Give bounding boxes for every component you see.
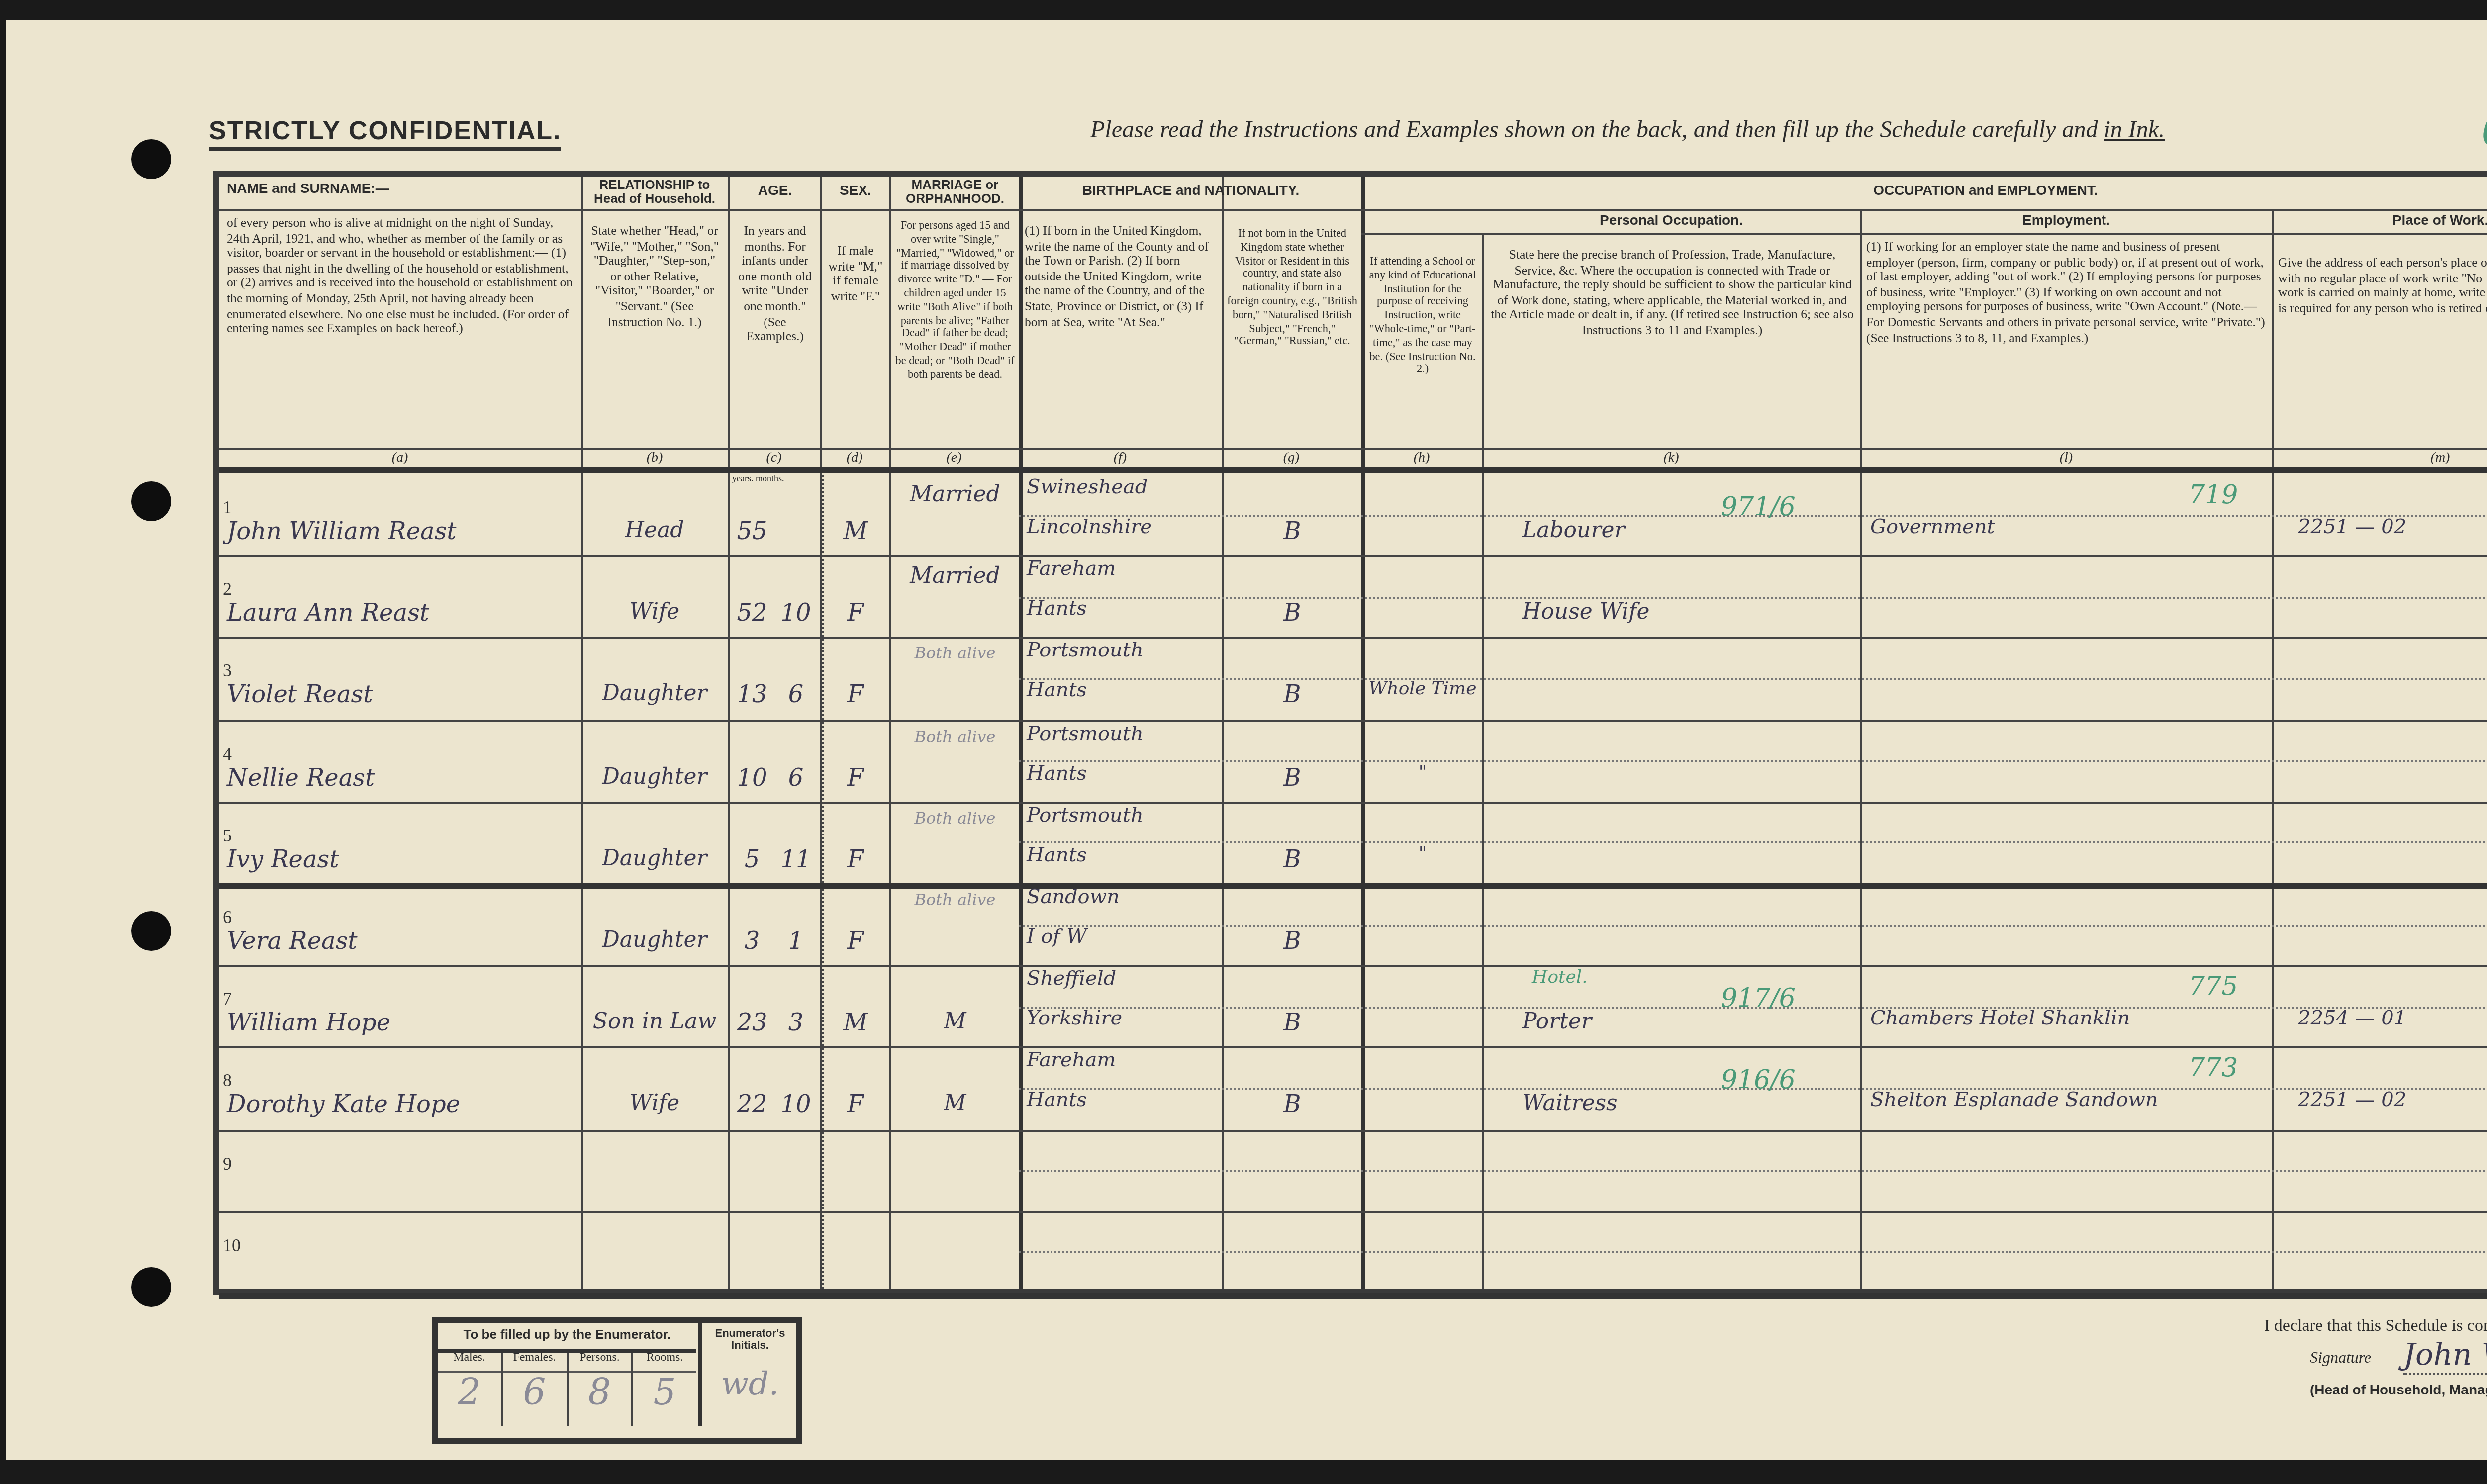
birthplace-line1[interactable]: Portsmouth [1027, 642, 1144, 663]
punch-hole [131, 481, 171, 521]
relationship-field[interactable]: Wife [583, 599, 726, 625]
col-k-letter: (k) [1482, 450, 1860, 465]
nationality-field[interactable]: B [1224, 517, 1361, 545]
table-row: 3Violet ReastDaughter136FBoth alivePorts… [219, 638, 2487, 720]
census-schedule: STRICTLY CONFIDENTIAL. Please read the I… [6, 20, 2487, 1460]
marriage-field[interactable]: Married [891, 481, 1019, 507]
sex-field[interactable]: F [822, 845, 889, 873]
col-f-instructions: (1) If born in the United Kingdom, write… [1025, 225, 1218, 331]
employment-field[interactable]: Shelton Esplanade Sandown [1870, 1091, 2158, 1113]
females-label: Females. [503, 1353, 566, 1373]
instruction-text: Please read the Instructions and Example… [1090, 115, 2104, 143]
relationship-field[interactable]: Daughter [583, 845, 726, 871]
household-table: NAME and SURNAME:— RELATIONSHIP to Head … [213, 171, 2487, 1295]
col-e-title: MARRIAGE or ORPHANHOOD. [891, 179, 1019, 207]
birthplace-line1[interactable]: Portsmouth [1027, 723, 1144, 745]
males-cell: Males.2 [438, 1353, 503, 1426]
col-occ-title: OCCUPATION and EMPLOYMENT. [1363, 185, 2487, 200]
birthplace-line2[interactable]: Hants [1027, 681, 1087, 703]
signature-value: John William Reast [2403, 1337, 2487, 1373]
enumerator-counts: Males.2 Females.6 Persons.8 Rooms.5 [438, 1353, 696, 1426]
punch-hole [131, 1267, 171, 1307]
birthplace-line1[interactable]: Sheffield [1027, 969, 1116, 991]
sex-field[interactable]: F [822, 763, 889, 791]
females-value[interactable]: 6 [503, 1373, 566, 1414]
rooms-cell: Rooms.5 [633, 1353, 696, 1426]
enumerator-totals-box: To be filled up by the Enumerator. Enume… [432, 1317, 802, 1444]
instruction-line: Please read the Instructions and Example… [1090, 115, 2165, 145]
name-field[interactable]: Vera Reast [227, 927, 358, 955]
col-d-title: SEX. [822, 185, 889, 200]
occupation-note[interactable]: Hotel. [1532, 969, 1588, 989]
name-field[interactable]: Nellie Reast [227, 763, 375, 791]
initials-title: Enumerator's Initials. [702, 1329, 798, 1353]
sex-field[interactable]: M [822, 517, 889, 545]
name-field[interactable]: Violet Reast [227, 681, 373, 709]
sex-field[interactable]: F [822, 1091, 889, 1119]
age-years-field[interactable]: 55 [730, 517, 774, 545]
employment-field[interactable]: Chambers Hotel Shanklin [1870, 1009, 2130, 1031]
age-months-field[interactable]: 10 [774, 1091, 818, 1119]
relationship-field[interactable]: Daughter [583, 763, 726, 789]
col-c-title: AGE. [730, 185, 820, 200]
row-number: 9 [223, 1153, 232, 1173]
birthplace-line2[interactable]: Hants [1027, 1091, 1087, 1113]
row-number: 4 [223, 743, 232, 763]
header-rule [219, 209, 2487, 211]
school-field[interactable]: Whole Time [1363, 681, 1482, 701]
marriage-field[interactable]: Married [891, 563, 1019, 589]
initials-value[interactable]: wd. [702, 1365, 798, 1402]
relationship-field[interactable]: Daughter [583, 681, 726, 707]
age-months-field[interactable]: 1 [774, 927, 818, 955]
col-b-instructions: State whether "Head," or "Wife," "Mother… [587, 225, 722, 331]
col-l-letter: (l) [1860, 450, 2272, 465]
name-field[interactable]: Laura Ann Reast [227, 599, 429, 627]
signature-label: Signature [2310, 1349, 2371, 1367]
birthplace-line1[interactable]: Sandown [1027, 887, 1120, 909]
nationality-field[interactable]: B [1224, 599, 1361, 627]
row-number: 2 [223, 579, 232, 599]
table-row: 1John William ReastHead55MMarriedSwinesh… [219, 473, 2487, 556]
occupation-field[interactable]: Porter [1522, 1009, 1592, 1035]
employment-code[interactable]: 773 [2189, 1055, 2238, 1085]
age-months-field[interactable]: 11 [774, 845, 818, 873]
table-row: 5Ivy ReastDaughter511FBoth alivePortsmou… [219, 801, 2487, 883]
col-e-instructions: For persons aged 15 and over write "Sing… [893, 221, 1017, 383]
col-m-title: Place of Work. [2274, 215, 2487, 230]
col-a-letter: (a) [219, 450, 581, 465]
col-h-letter: (h) [1361, 450, 1482, 465]
birthplace-line2[interactable]: Hants [1027, 845, 1087, 867]
col-d-letter: (d) [820, 450, 889, 465]
nationality-field[interactable]: B [1224, 1009, 1361, 1037]
name-field[interactable]: John William Reast [227, 517, 457, 545]
col-c-letter: (c) [728, 450, 820, 465]
rooms-value[interactable]: 5 [633, 1373, 696, 1414]
age-years-field[interactable]: 3 [730, 927, 774, 955]
row-number: 6 [223, 907, 232, 927]
birthplace-line1[interactable]: Fareham [1027, 1051, 1116, 1073]
col-a-instructions: of every person who is alive at midnight… [227, 217, 575, 338]
school-field[interactable]: " [1363, 845, 1482, 865]
row-rule [219, 1293, 2487, 1299]
col-m-instructions: Give the address of each person's place … [2278, 257, 2487, 317]
school-field[interactable]: " [1363, 763, 1482, 783]
persons-value[interactable]: 8 [568, 1373, 631, 1414]
nationality-field[interactable]: B [1224, 681, 1361, 709]
col-k-title: Personal Occupation. [1484, 215, 1858, 230]
col-f-letter: (f) [1019, 450, 1222, 465]
col-g-instructions: If not born in the United Kingdom state … [1226, 229, 1359, 351]
relationship-field[interactable]: Daughter [583, 927, 726, 953]
age-months-field[interactable]: 10 [774, 599, 818, 627]
initials-cell: Enumerator's Initials. wd. [698, 1323, 798, 1426]
col-e-letter: (e) [889, 450, 1019, 465]
place-of-work-field[interactable]: 2254 — 01 [2298, 1009, 2406, 1031]
nationality-field[interactable]: B [1224, 1091, 1361, 1119]
row-number: 8 [223, 1071, 232, 1091]
persons-label: Persons. [568, 1353, 631, 1373]
name-field[interactable]: Ivy Reast [227, 845, 339, 873]
table-row: 8Dorothy Kate HopeWife2210FMFarehamHants… [219, 1047, 2487, 1129]
males-label: Males. [438, 1353, 501, 1373]
punch-hole [131, 911, 171, 951]
age-months-field[interactable]: 3 [774, 1009, 818, 1037]
col-l-title: Employment. [1862, 215, 2270, 230]
relationship-field[interactable]: Wife [583, 1091, 726, 1117]
birthplace-line2[interactable]: Yorkshire [1027, 1009, 1122, 1031]
age-years-field[interactable]: 13 [730, 681, 774, 709]
marriage-field[interactable]: Both alive [891, 646, 1019, 663]
employment-field[interactable]: Government [1870, 517, 1995, 539]
table-row: 7William HopeSon in Law233MMSheffieldYor… [219, 965, 2487, 1047]
name-field[interactable]: William Hope [227, 1009, 390, 1037]
col-h-instructions: If attending a School or any kind of Edu… [1365, 257, 1480, 378]
age-years-field[interactable]: 5 [730, 845, 774, 873]
header-rule [219, 467, 2487, 473]
nationality-field[interactable]: B [1224, 845, 1361, 873]
col-fg-title: BIRTHPLACE and NATIONALITY. [1021, 185, 1361, 200]
rooms-label: Rooms. [633, 1353, 696, 1373]
marriage-field[interactable]: Both alive [891, 727, 1019, 745]
birthplace-line1[interactable]: Swineshead [1027, 477, 1148, 499]
relationship-field[interactable]: Son in Law [583, 1009, 726, 1035]
col-c-instructions: In years and months. For infants under o… [734, 225, 816, 346]
place-of-work-field[interactable]: 2251 — 02 [2298, 1091, 2406, 1113]
birthplace-line2[interactable]: Lincolnshire [1027, 517, 1152, 539]
occupation-field[interactable]: Waitress [1522, 1091, 1618, 1117]
table-row: 2Laura Ann ReastWife5210FMarriedFarehamH… [219, 556, 2487, 638]
marriage-field[interactable]: Both alive [891, 891, 1019, 909]
birthplace-line1[interactable]: Portsmouth [1027, 805, 1144, 827]
place-of-work-field[interactable]: 2251 — 02 [2298, 517, 2406, 539]
sex-field[interactable]: F [822, 599, 889, 627]
enumerator-box-title: To be filled up by the Enumerator. [438, 1323, 696, 1353]
males-value[interactable]: 2 [438, 1373, 501, 1414]
age-years-field[interactable]: 23 [730, 1009, 774, 1037]
col-m-letter: (m) [2272, 450, 2487, 465]
sex-field[interactable]: M [822, 1009, 889, 1037]
row-number: 10 [223, 1235, 241, 1255]
occupation-field[interactable]: Labourer [1522, 517, 1625, 543]
signature-field[interactable]: John William Reast 19 . 6 . 21 [2403, 1337, 2487, 1375]
table-row: 6Vera ReastDaughter31FBoth aliveSandownI… [219, 883, 2487, 965]
col-b-letter: (b) [581, 450, 728, 465]
row-number: 1 [223, 497, 232, 517]
age-years-field[interactable]: 22 [730, 1091, 774, 1119]
persons-cell: Persons.8 [568, 1353, 633, 1426]
nationality-field[interactable]: B [1224, 763, 1361, 791]
age-months-field[interactable]: 6 [774, 763, 818, 791]
employment-code[interactable]: 719 [2189, 481, 2238, 511]
table-row: 9UnderOneAge last birthday.1234567891011… [219, 1129, 2487, 1211]
age-years-field[interactable]: 52 [730, 599, 774, 627]
col-l-instructions: (1) If working for an employer state the… [1866, 241, 2266, 347]
occupation-code[interactable]: 971/6 [1721, 493, 1796, 523]
row-number: 7 [223, 989, 232, 1009]
table-row: 10UnderOneAge last birthday.123456789101… [219, 1211, 2487, 1293]
col-a-title: NAME and SURNAME:— [227, 183, 525, 198]
birthplace-line2[interactable]: Hants [1027, 599, 1087, 621]
page: STRICTLY CONFIDENTIAL. Please read the I… [0, 0, 2487, 1484]
row-number: 3 [223, 661, 232, 681]
punch-hole [131, 139, 171, 179]
females-cell: Females.6 [503, 1353, 568, 1426]
birthplace-line1[interactable]: Fareham [1027, 559, 1116, 581]
confidential-title: STRICTLY CONFIDENTIAL. [209, 115, 562, 151]
instruction-ink: in Ink. [2104, 115, 2165, 143]
age-months-field[interactable]: 6 [774, 681, 818, 709]
col-k-instructions: State here the precise branch of Profess… [1488, 249, 1856, 339]
occupation-field[interactable]: House Wife [1522, 599, 1650, 625]
occupation-code[interactable]: 917/6 [1721, 985, 1796, 1015]
header-rule [1361, 233, 2487, 235]
col-g-letter: (g) [1222, 450, 1361, 465]
sex-field[interactable]: F [822, 681, 889, 709]
margin-mark: 6. [2481, 107, 2487, 157]
col-d-instructions: If male write "M," if female write "F." [824, 245, 887, 305]
relationship-field[interactable]: Head [583, 517, 726, 543]
marriage-field[interactable]: M [891, 1091, 1019, 1117]
birthplace-line2[interactable]: Hants [1027, 763, 1087, 785]
name-field[interactable]: Dorothy Kate Hope [227, 1091, 460, 1119]
age-years-field[interactable]: 10 [730, 763, 774, 791]
table-row: 4Nellie ReastDaughter106FBoth alivePorts… [219, 719, 2487, 801]
nationality-field[interactable]: B [1224, 927, 1361, 955]
birthplace-line2[interactable]: I of W [1027, 927, 1087, 949]
marriage-field[interactable]: Both alive [891, 809, 1019, 827]
declaration-text: I declare that this Schedule is correctl… [2264, 1315, 2487, 1335]
marriage-field[interactable]: M [891, 1009, 1019, 1035]
occupation-code[interactable]: 916/6 [1721, 1067, 1796, 1097]
signature-footer: (Head of Household, Manager of Establish… [2310, 1385, 2487, 1398]
employment-code[interactable]: 775 [2189, 973, 2238, 1003]
sex-field[interactable]: F [822, 927, 889, 955]
row-number: 5 [223, 825, 232, 845]
col-b-title: RELATIONSHIP to Head of Household. [583, 179, 726, 207]
